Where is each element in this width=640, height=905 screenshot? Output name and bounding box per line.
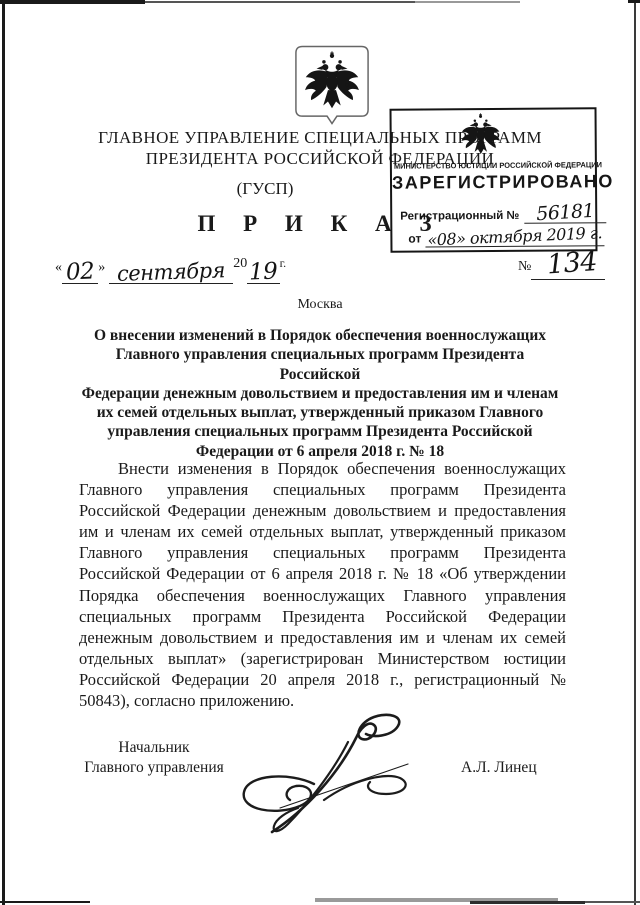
stamp-registered-label: ЗАРЕГИСТРИРОВАНО	[392, 171, 595, 193]
page-border-top-3	[415, 1, 520, 3]
date-close-quote: »	[98, 260, 105, 275]
number-sign: №	[518, 259, 531, 274]
page-border-top-4	[628, 0, 640, 3]
stamp-ministry-line: МИНИСТЕРСТВО ЮСТИЦИИ РОССИЙСКОЙ ФЕДЕРАЦИ…	[394, 160, 593, 170]
city-label: Москва	[0, 297, 640, 313]
handwritten-signature	[228, 712, 428, 842]
page-border-bottom-1	[0, 901, 90, 903]
page-border-top-2	[145, 1, 415, 3]
stamp-reg-label: Регистрационный №	[400, 210, 519, 223]
date-year-suffix: г.	[280, 256, 287, 270]
date-year-handwritten: 19	[247, 258, 280, 285]
stamp-date-handwritten: «08» октября 2019 г.	[425, 223, 604, 249]
scanned-order-page: ГЛАВНОЕ УПРАВЛЕНИЕ СПЕЦИАЛЬНЫХ ПРОГРАММ …	[0, 0, 640, 905]
order-number-row: №134	[518, 248, 605, 280]
order-title: О внесении изменений в Порядок обеспечен…	[75, 326, 565, 461]
stamp-date-row: от «08» октября 2019 г.	[408, 226, 604, 247]
minjust-eagle-icon	[457, 111, 505, 166]
date-month-handwritten: сентября	[109, 258, 234, 288]
signer-post: Начальник Главного управления	[76, 738, 232, 778]
page-border-top-1	[0, 0, 145, 4]
minjust-registration-stamp: МИНИСТЕРСТВО ЮСТИЦИИ РОССИЙСКОЙ ФЕДЕРАЦИ…	[389, 107, 597, 252]
order-date-row: «02» сентября2019г.	[55, 256, 286, 286]
date-year-printed: 20	[233, 256, 247, 271]
signer-name: А.Л. Линец	[461, 759, 537, 777]
page-border-bottom-3	[470, 901, 585, 904]
stamp-registration-number-row: Регистрационный № 56181	[400, 201, 606, 224]
stamp-date-label: от	[408, 232, 421, 246]
date-day-handwritten: 02	[61, 258, 99, 286]
page-border-bottom-4	[585, 901, 640, 903]
order-body-paragraph: Внести изменения в Порядок обеспечения в…	[79, 458, 566, 711]
order-number-handwritten: 134	[536, 246, 600, 281]
coat-of-arms-icon	[290, 44, 374, 131]
stamp-reg-number-handwritten: 56181	[523, 199, 606, 226]
